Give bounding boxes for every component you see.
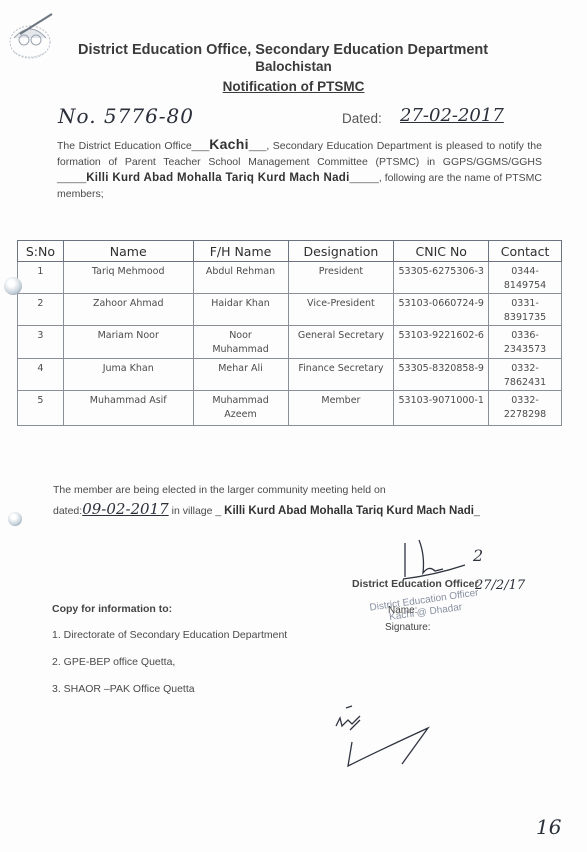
cell-cnic: 53103-9221602-6 <box>394 326 489 359</box>
cell-designation: President <box>288 262 394 294</box>
cell-sno: 1 <box>18 262 64 294</box>
district-name: Kachi <box>209 136 249 152</box>
page-number: 16 <box>536 815 561 839</box>
ptsmc-members-table: S:No Name F/H Name Designation CNIC No C… <box>17 240 562 426</box>
handwritten-sign-date: 27/2/17 <box>475 578 525 593</box>
table-row: 4 Juma Khan Mehar Ali Finance Secretary … <box>18 359 562 391</box>
meeting-date: 09-02-2017 <box>82 500 168 518</box>
column-header: CNIC No <box>394 241 489 262</box>
copy-item: 2. GPE-BEP office Quetta, <box>52 656 287 683</box>
school-name: Killi Kurd Abad Mohalla Tariq Kurd Mach … <box>86 172 349 184</box>
cell-name: Mariam Noor <box>63 326 193 359</box>
meeting-details: dated:09-02-2017 in village _ Killi Kurd… <box>53 500 480 518</box>
village-name: Killi Kurd Abad Mohalla Tariq Kurd Mach … <box>224 505 474 517</box>
dated-label: Dated: <box>342 111 382 126</box>
column-header: F/H Name <box>193 241 288 262</box>
official-stamp: District Education Officer Kachi @ Dhada… <box>369 587 481 626</box>
cell-name: Tariq Mehmood <box>63 262 193 294</box>
cell-sno: 5 <box>18 391 64 426</box>
svg-text:2: 2 <box>472 546 483 565</box>
column-header: Contact <box>489 241 562 262</box>
copy-item: 3. SHAOR –PAK Office Quetta <box>52 683 287 710</box>
cell-designation: Vice-President <box>288 294 394 326</box>
cell-fh-name: Abdul Rehman <box>193 262 288 294</box>
office-title: District Education Office, Secondary Edu… <box>78 42 488 58</box>
table-row: 1 Tariq Mehmood Abdul Rehman President 5… <box>18 262 562 294</box>
punch-hole-icon <box>8 512 22 526</box>
meeting-text: The member are being elected in the larg… <box>53 484 386 496</box>
cell-designation: General Secretary <box>288 326 394 359</box>
dated-value: 27-02-2017 <box>400 105 504 126</box>
reference-number: No. 5776-80 <box>58 104 194 128</box>
copy-item: 1. Directorate of Secondary Education De… <box>52 629 287 656</box>
cell-fh-name: Noor Muhammad <box>193 326 288 359</box>
cell-sno: 2 <box>18 294 64 326</box>
cell-contact: 0331-8391735 <box>489 294 562 326</box>
cell-cnic: 53103-0660724-9 <box>394 294 489 326</box>
cell-cnic: 53305-6275306-3 <box>394 262 489 294</box>
village-label: in village _ <box>169 505 224 517</box>
column-header: S:No <box>18 241 64 262</box>
table-header-row: S:No Name F/H Name Designation CNIC No C… <box>18 241 562 262</box>
cell-contact: 0336-2343573 <box>489 326 562 359</box>
cell-cnic: 53305-8320858-9 <box>394 359 489 391</box>
cell-cnic: 53103-9071000-1 <box>394 391 489 426</box>
province-title: Balochistan <box>0 59 587 74</box>
copy-heading: Copy for information to: <box>52 603 172 615</box>
cell-designation: Member <box>288 391 394 426</box>
notification-title: Notification of PTSMC <box>0 79 587 94</box>
officer-title: District Education Officer <box>352 578 479 590</box>
signature-label: Signature: <box>385 622 431 633</box>
column-header: Name <box>63 241 193 262</box>
table-row: 2 Zahoor Ahmad Haidar Khan Vice-Presiden… <box>18 294 562 326</box>
cell-contact: 0332-2278298 <box>489 391 562 426</box>
village-trail: _ <box>474 505 480 517</box>
cell-contact: 0332-7862431 <box>489 359 562 391</box>
cell-designation: Finance Secretary <box>288 359 394 391</box>
cell-sno: 3 <box>18 326 64 359</box>
cell-name: Zahoor Ahmad <box>63 294 193 326</box>
cell-contact: 0344-8149754 <box>489 262 562 294</box>
cell-fh-name: Mehar Ali <box>193 359 288 391</box>
meeting-dated-label: dated: <box>53 505 82 517</box>
cell-name: Juma Khan <box>63 359 193 391</box>
name-label: Name: <box>388 605 417 616</box>
punch-hole-icon <box>4 277 22 295</box>
cell-fh-name: Haidar Khan <box>193 294 288 326</box>
cell-name: Muhammad Asif <box>63 391 193 426</box>
table-row: 5 Muhammad Asif Muhammad Azeem Member 53… <box>18 391 562 426</box>
initials-signature-icon <box>330 690 440 770</box>
cell-sno: 4 <box>18 359 64 391</box>
copy-list: 1. Directorate of Secondary Education De… <box>52 629 287 710</box>
notification-title-text: Notification of PTSMC <box>223 79 365 94</box>
cell-fh-name: Muhammad Azeem <box>193 391 288 426</box>
table-row: 3 Mariam Noor Noor Muhammad General Secr… <box>18 326 562 359</box>
intro-text-1: The District Education Office___ <box>57 140 209 152</box>
column-header: Designation <box>288 241 394 262</box>
intro-paragraph: The District Education Office___Kachi___… <box>57 136 542 202</box>
